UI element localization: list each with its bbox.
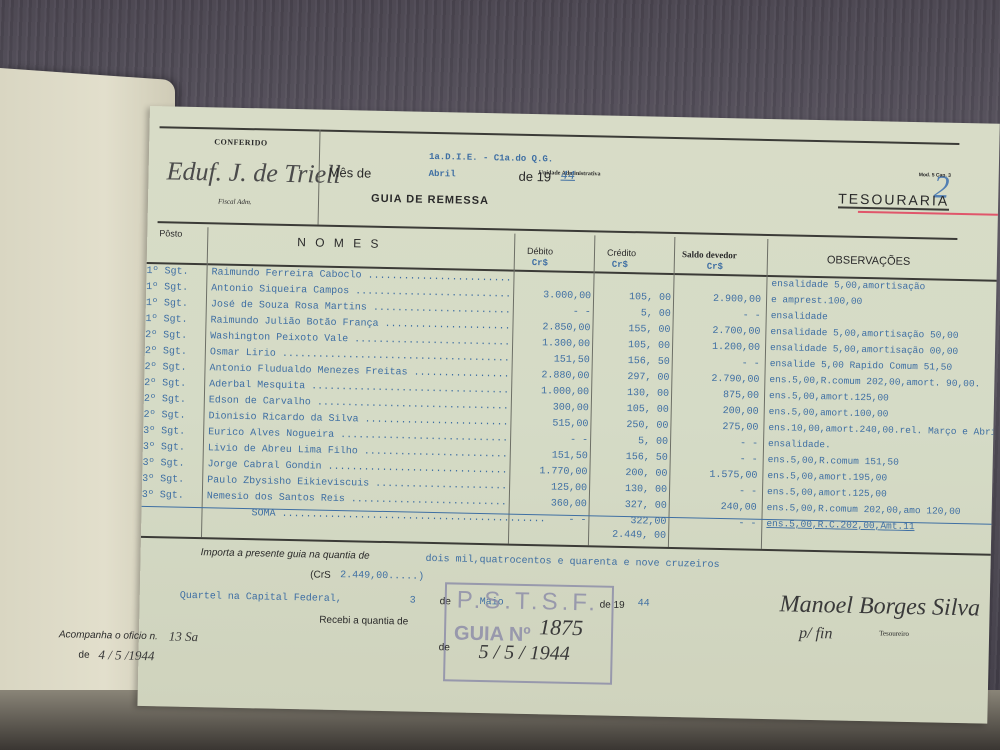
debito: 3.000,00	[516, 290, 591, 303]
treasurer-label: Tesoureiro	[879, 629, 909, 638]
guia-remessa-sheet: CONFERIDO Eduf. J. de Triell Fiscal Adm.…	[137, 106, 999, 724]
conferido-signature: Eduf. J. de Triell	[166, 156, 341, 190]
saldo: 2.700,00	[675, 325, 760, 338]
debito: 1.300,00	[515, 338, 590, 351]
importa-label: Importa a presente guia na quantia de	[201, 547, 370, 562]
debito	[517, 274, 592, 276]
posto: 3º Sgt.	[142, 490, 202, 502]
saldo: 275,00	[673, 421, 758, 434]
mes-label: Mês de	[328, 165, 371, 181]
credito: 5, 00	[593, 435, 668, 448]
debito: - -	[516, 306, 591, 319]
credito: 327, 00	[592, 499, 667, 512]
posto: 2º Sgt.	[144, 394, 204, 406]
saldo: 875,00	[674, 389, 759, 402]
year-label: de 19	[518, 169, 551, 185]
posto: 2º Sgt.	[144, 378, 204, 390]
fiscal-label: Fiscal Adm.	[218, 197, 252, 206]
stamp-line1: P.S.T.S.F.	[456, 587, 599, 618]
debito: 2.850,00	[515, 322, 590, 335]
guia-number: 1875	[539, 614, 584, 641]
debito: 125,00	[512, 482, 587, 495]
posto: 3º Sgt.	[143, 442, 203, 454]
debito: 300,00	[514, 402, 589, 415]
crs-label: (CrS	[310, 569, 331, 580]
mes-value: Abril	[429, 169, 456, 180]
place: Quartel na Capital Federal,	[180, 591, 342, 605]
credito: 156, 50	[593, 451, 668, 464]
saldo: - -	[673, 453, 758, 466]
saldo: 1.200,00	[675, 341, 760, 354]
treasurer-note: p/ fin	[799, 625, 833, 644]
saldo: - -	[676, 309, 761, 322]
credito: 105, 00	[594, 403, 669, 416]
posto: 2º Sgt.	[143, 410, 203, 422]
saldo: - -	[671, 517, 756, 530]
col-posto: Pôsto	[159, 228, 182, 238]
debito: 151,50	[513, 450, 588, 463]
recebi-label: Recebi a quantia de	[319, 615, 408, 628]
posto: 2º Sgt.	[144, 362, 204, 374]
guia-stamp: P.S.T.S.F. GUIA Nº	[443, 582, 614, 685]
stamp-date: 5 / 5 / 1944	[478, 641, 570, 666]
credito: 297, 00	[594, 371, 669, 384]
credito: 105, 00	[595, 339, 670, 352]
credito: 156, 50	[595, 355, 670, 368]
col-credito: Crédito	[607, 248, 636, 259]
posto: 3º Sgt.	[142, 458, 202, 470]
saldo	[677, 277, 762, 279]
unit-value: 1a.D.I.E. - C1a.do Q.G.	[429, 152, 553, 165]
header: CONFERIDO Eduf. J. de Triell Fiscal Adm.…	[158, 126, 960, 238]
year-value: 44	[638, 598, 650, 609]
stamp-de-label: de	[439, 642, 450, 653]
credito: 322,00	[591, 515, 666, 528]
year-value: 44	[560, 169, 575, 183]
saldo: 1.575,00	[672, 469, 757, 482]
debito: 1.770,00	[512, 466, 587, 479]
posto: 1º Sgt.	[146, 298, 206, 310]
document-title: GUIA DE REMESSA	[371, 193, 489, 207]
acompanha-label: Acompanha o oficio n.	[59, 629, 158, 642]
day: 3	[410, 596, 416, 607]
observacao: ensalidade 5,00,amortisação	[771, 279, 996, 293]
posto: 1º Sgt.	[146, 266, 206, 278]
saldo: 2.790,00	[674, 373, 759, 386]
credito	[597, 275, 672, 277]
posto: 2º Sgt.	[145, 330, 205, 342]
saldo: 200,00	[674, 405, 759, 418]
debito: 2.880,00	[514, 370, 589, 383]
department-label: TESOURARIA	[838, 190, 949, 210]
col-nomes: N O M E S	[297, 235, 382, 251]
posto: 1º Sgt.	[146, 282, 206, 294]
col-saldo: Saldo devedor	[682, 249, 737, 260]
oficio-date-label: de	[78, 650, 89, 661]
saldo: 240,00	[672, 501, 757, 514]
posto: 2º Sgt.	[145, 346, 205, 358]
soma-credito: 2.449, 00	[591, 529, 666, 542]
credito: 250, 00	[593, 419, 668, 432]
debito: - -	[513, 434, 588, 447]
importa-value: dois mil,quatrocentos e quarenta e nove …	[425, 554, 719, 571]
debito: 515,00	[513, 418, 588, 431]
crs-value: 2.449,00.....)	[340, 570, 424, 583]
col-observacoes: OBSERVAÇÕES	[827, 254, 911, 268]
credito: 105, 00	[596, 291, 671, 304]
posto: 1º Sgt.	[145, 314, 205, 326]
red-underline	[858, 211, 998, 216]
col-saldo-currency: Cr$	[707, 262, 723, 272]
posto: 3º Sgt.	[143, 426, 203, 438]
debito: 360,00	[512, 498, 587, 511]
credito: 200, 00	[592, 467, 667, 480]
posto: 3º Sgt.	[142, 474, 202, 486]
debito: 1.000,00	[514, 386, 589, 399]
saldo: - -	[673, 437, 758, 450]
saldo: - -	[672, 485, 757, 498]
credito: 130, 00	[592, 483, 667, 496]
col-debito: Débito	[527, 246, 553, 257]
saldo: 2.900,00	[676, 293, 761, 306]
saldo: - -	[675, 357, 760, 370]
conferido-label: CONFERIDO	[214, 137, 268, 147]
credito: 130, 00	[594, 387, 669, 400]
oficio-number: 13 Sa	[169, 629, 199, 646]
treasurer-signature: Manoel Borges Silva	[779, 591, 980, 622]
debito: - -	[511, 514, 586, 527]
debito: 151,50	[515, 354, 590, 367]
credito: 155, 00	[595, 323, 670, 336]
oficio-date: 4 / 5 /1944	[98, 647, 154, 664]
col-debito-currency: Cr$	[532, 258, 548, 268]
credito: 5, 00	[596, 307, 671, 320]
col-credito-currency: Cr$	[612, 260, 628, 270]
